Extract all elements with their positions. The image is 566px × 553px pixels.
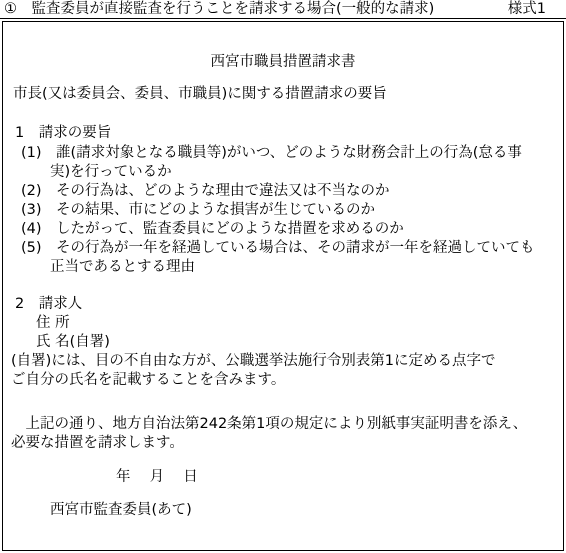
request-item-5: (5) その行為が一年を経過している場合は、その請求が一年を経過していても 正当… — [3, 239, 563, 277]
signature-note: (自署)には、目の不自由な方が、公職選挙法施行令別表第1に定める点字で ご自分の… — [3, 352, 563, 390]
date-line: 年 月 日 — [3, 468, 563, 487]
address-label: 住 所 — [3, 314, 563, 333]
request-item-3: (3) その結果、市にどのような損害が生じているのか — [3, 201, 563, 220]
request-item-4: (4) したがって、監査委員にどのような措置を求めるのか — [3, 220, 563, 239]
subject-line: 市長(又は委員会、委員、市職員)に関する措置請求の要旨 — [3, 85, 563, 104]
name-signature-label: 氏 名(自署) — [3, 333, 563, 352]
document-border-box: 西宮市職員措置請求書 市長(又は委員会、委員、市職員)に関する措置請求の要旨 1… — [2, 21, 564, 551]
document-page: ① 監査委員が直接監査を行うことを請求する場合(一般的な請求) 様式1 西宮市職… — [0, 0, 566, 553]
section1-items: (1) 誰(請求対象となる職員等)がいつ、どのような財務会計上の行為(怠る事 実… — [3, 144, 563, 277]
document-title: 西宮市職員措置請求書 — [3, 53, 563, 72]
request-item-2: (2) その行為は、どのような理由で違法又は不当なのか — [3, 182, 563, 201]
form-number-label: 様式1 — [508, 1, 546, 18]
header-caption: ① 監査委員が直接監査を行うことを請求する場合(一般的な請求) — [4, 1, 434, 18]
form-header: ① 監査委員が直接監査を行うことを請求する場合(一般的な請求) 様式1 — [0, 0, 566, 19]
addressee-line: 西宮市監査委員(あて) — [3, 501, 563, 520]
section1-heading: 1 請求の要旨 — [3, 124, 563, 143]
request-item-1: (1) 誰(請求対象となる職員等)がいつ、どのような財務会計上の行為(怠る事 実… — [3, 144, 563, 182]
closing-paragraph: 上記の通り、地方自治法第242条第1項の規定により別紙事実証明書を添え、 必要な… — [3, 415, 563, 453]
section2-heading: 2 請求人 — [3, 295, 563, 314]
